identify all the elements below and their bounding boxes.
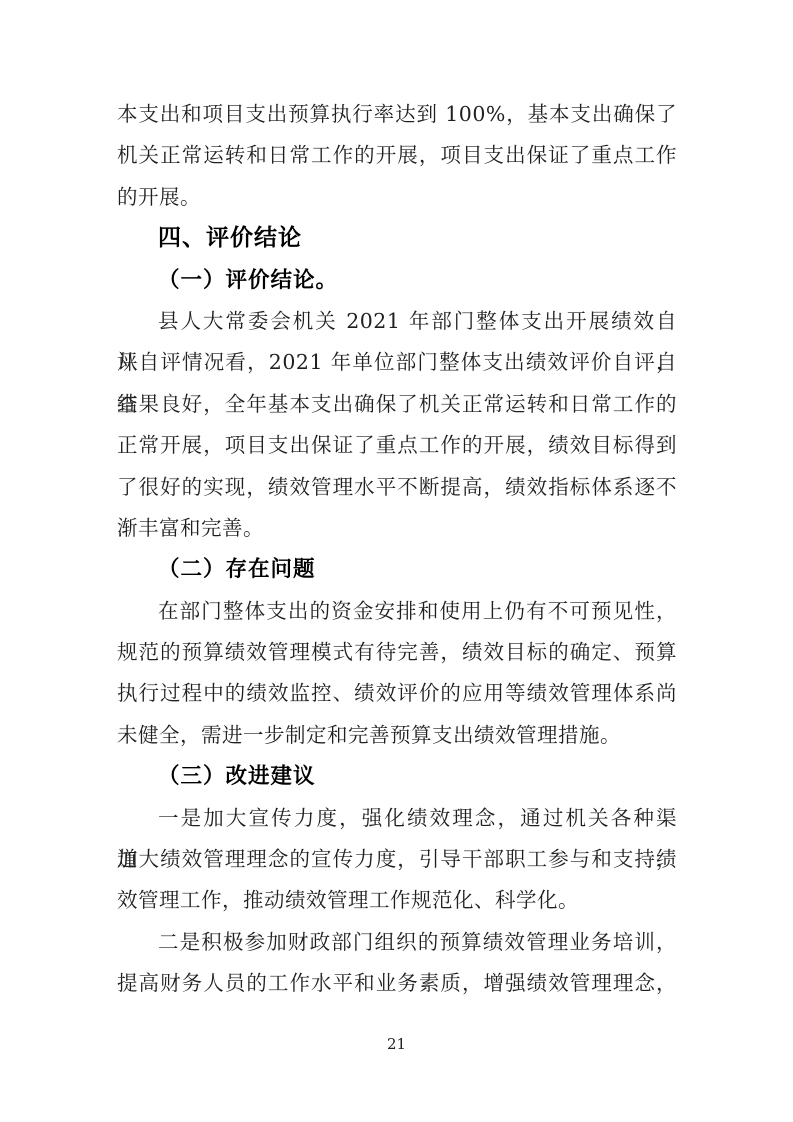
document-page: 本支出和项目支出预算执行率达到 100%，基本支出确保了 机关正常运转和日常工作… — [0, 0, 793, 1122]
text-line: 加大绩效管理理念的宣传力度，引导干部职工参与和支持绩 — [117, 839, 677, 880]
page-number: 21 — [0, 1034, 793, 1054]
text-line: 规范的预算绩效管理模式有待完善，绩效目标的确定、预算 — [117, 632, 677, 673]
text-line: 渐丰富和完善。 — [117, 508, 677, 549]
text-line: 在部门整体支出的资金安排和使用上仍有不可预见性， — [117, 591, 677, 632]
text-line: 正常开展，项目支出保证了重点工作的开展，绩效目标得到 — [117, 425, 677, 466]
text-line: 本支出和项目支出预算执行率达到 100%，基本支出确保了 — [117, 94, 677, 135]
text-line: 结果良好，全年基本支出确保了机关正常运转和日常工作的 — [117, 384, 677, 425]
text-line: 从自评情况看，2021 年单位部门整体支出绩效评价自评自查 — [117, 342, 677, 383]
subsection-heading: （三）改进建议 — [117, 756, 677, 797]
text-line: 一是加大宣传力度，强化绩效理念，通过机关各种渠道， — [117, 798, 677, 839]
page-body-text: 本支出和项目支出预算执行率达到 100%，基本支出确保了 机关正常运转和日常工作… — [117, 94, 677, 1005]
text-line: 县人大常委会机关 2021 年部门整体支出开展绩效自评， — [117, 301, 677, 342]
subsection-heading: （二）存在问题 — [117, 549, 677, 590]
text-line: 的开展。 — [117, 177, 677, 218]
text-line: 提高财务人员的工作水平和业务素质，增强绩效管理理念， — [117, 963, 677, 1004]
text-line: 机关正常运转和日常工作的开展，项目支出保证了重点工作 — [117, 135, 677, 176]
text-line: 二是积极参加财政部门组织的预算绩效管理业务培训， — [117, 922, 677, 963]
text-line: 未健全，需进一步制定和完善预算支出绩效管理措施。 — [117, 715, 677, 756]
text-line: 效管理工作，推动绩效管理工作规范化、科学化。 — [117, 880, 677, 921]
text-line: 了很好的实现，绩效管理水平不断提高，绩效指标体系逐不 — [117, 467, 677, 508]
text-line: 执行过程中的绩效监控、绩效评价的应用等绩效管理体系尚 — [117, 673, 677, 714]
subsection-heading: （一）评价结论。 — [117, 260, 677, 301]
section-heading: 四、评价结论 — [117, 218, 677, 259]
